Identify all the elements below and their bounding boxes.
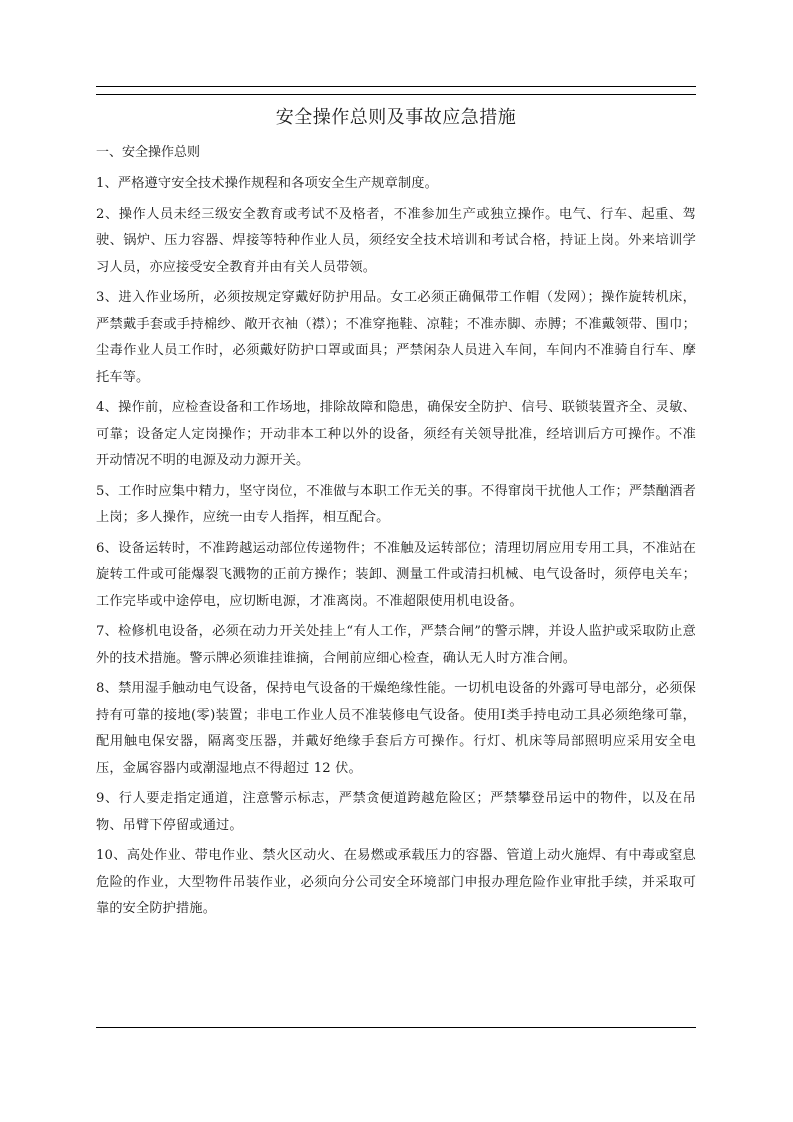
paragraph-1: 1、严格遵守安全技术操作规程和各项安全生产规章制度。: [96, 171, 696, 198]
paragraph-7: 7、检修机电设备，必须在动力开关处挂上“有人工作，严禁合闸”的警示牌，并设人监护…: [96, 619, 696, 672]
header-rule-bottom: [96, 94, 696, 95]
header-rule-top: [96, 86, 696, 87]
paragraph-2: 2、操作人员未经三级安全教育或考试不及格者，不准参加生产或独立操作。电气、行车、…: [96, 202, 696, 282]
paragraph-5: 5、工作时应集中精力，坚守岗位，不准做与本职工作无关的事。不得窜岗干扰他人工作；…: [96, 479, 696, 532]
paragraph-9: 9、行人要走指定通道，注意警示标志，严禁贪便道跨越危险区；严禁攀登吊运中的物件，…: [96, 786, 696, 839]
footer-rule: [96, 1027, 696, 1028]
paragraph-6: 6、设备运转时，不准跨越运动部位传递物件；不准触及运转部位；清理切屑应用专用工具…: [96, 536, 696, 616]
paragraph-8: 8、禁用湿手触动电气设备，保持电气设备的干燥绝缘性能。一切机电设备的外露可导电部…: [96, 676, 696, 782]
section-heading: 一、安全操作总则: [96, 142, 200, 164]
paragraph-3: 3、进入作业场所，必须按规定穿戴好防护用品。女工必须正确佩带工作帽（发网）；操作…: [96, 285, 696, 391]
paragraph-4: 4、操作前，应检查设备和工作场地，排除故障和隐患，确保安全防护、信号、联锁装置齐…: [96, 395, 696, 475]
paragraph-10: 10、高处作业、带电作业、禁火区动火、在易燃或承载压力的容器、管道上动火施焊、有…: [96, 843, 696, 923]
document-body: 1、严格遵守安全技术操作规程和各项安全生产规章制度。 2、操作人员未经三级安全教…: [96, 171, 696, 927]
document-title: 安全操作总则及事故应急措施: [96, 104, 696, 132]
